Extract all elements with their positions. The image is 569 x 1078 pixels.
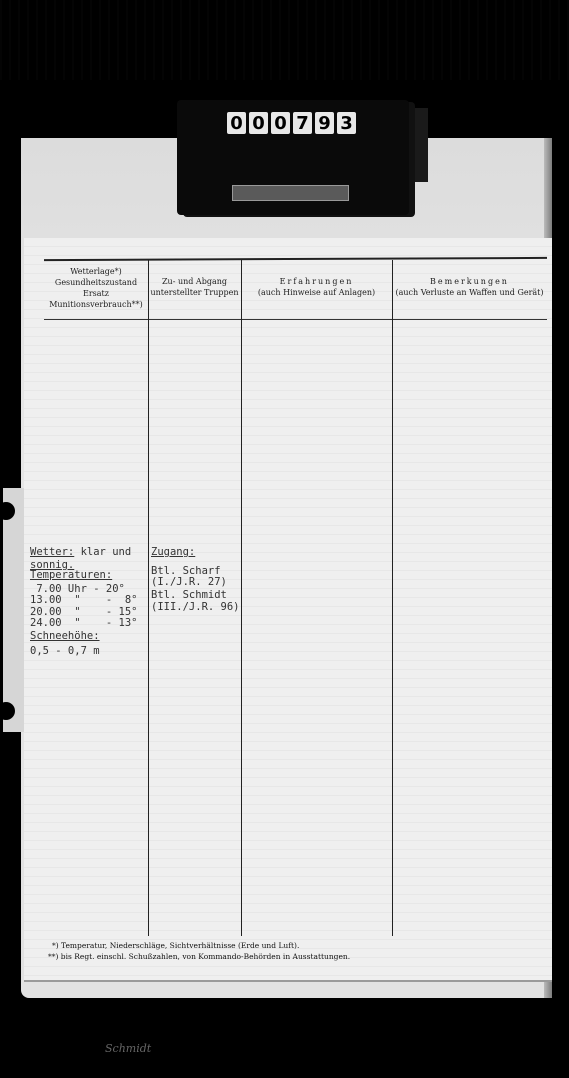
counter-side [410,108,428,182]
snow-depth-value: 0,5 - 0,7 m [30,646,100,657]
temp-row: 20.00 " - 15° [30,607,137,618]
counter-digit: 0 [249,112,268,134]
column-divider [392,260,393,936]
header-line: Erfahrungen [241,276,392,287]
column-divider [241,260,242,936]
header-remarks: Bemerkungen (auch Verluste an Waffen und… [392,276,547,298]
counter-digit: 7 [293,112,312,134]
counter-digit: 0 [227,112,246,134]
temp-row: 24.00 " - 13° [30,618,137,629]
weather-value: klar und [74,546,131,558]
header-troops: Zu- und Abgang unterstellter Truppen [148,276,241,298]
arrivals-label: Zugang: [151,547,195,558]
troop-entry: Btl. Schmidt [151,590,227,601]
punch-hole-icon [0,702,15,720]
temperatures-label: Temperaturen: [30,570,112,581]
troop-entry: Btl. Scharf [151,566,221,577]
counter-digit: 0 [271,112,290,134]
weather-label: Wetter: [30,546,74,558]
temp-time: 13.00 " [30,594,81,606]
header-line: Bemerkungen [392,276,547,287]
troop-entry: (I./J.R. 27) [151,577,227,588]
counter-digit: 9 [315,112,334,134]
header-line: (auch Hinweise auf Anlagen) [241,287,392,298]
temp-row: 7.00 Uhr - 20° [30,584,125,595]
footnote: *) Temperatur, Niederschläge, Sichtverhä… [48,940,350,951]
header-line: Wetterlage*) [44,266,148,277]
frame-counter-device: 0 0 0 7 9 3 [177,100,409,215]
temp-value: - 8° [106,594,138,606]
header-line: Munitionsverbrauch**) [44,299,148,310]
counter-slot [232,185,349,201]
header-bottom-rule [44,319,547,320]
punch-hole-icon [0,502,15,520]
footnotes: *) Temperatur, Niederschläge, Sichtverhä… [48,940,350,962]
header-line: Zu- und Abgang [148,276,241,287]
temp-row: 13.00 " - 8° [30,595,137,606]
header-line: unterstellter Truppen [148,287,241,298]
weather-entry: Wetter: klar und [30,547,131,558]
temp-time: 24.00 " [30,617,81,629]
troop-entry: (III./J.R. 96) [151,602,240,613]
counter-digit: 3 [337,112,356,134]
header-weather: Wetterlage*) Gesundheitszustand Ersatz M… [44,266,148,310]
signature: Schmidt [105,1042,151,1055]
snow-depth-label: Schneehöhe: [30,631,100,642]
frame-counter: 0 0 0 7 9 3 [227,112,356,134]
binder-tab [3,488,26,732]
footnote: **) bis Regt. einschl. Schußzahlen, von … [48,951,350,962]
scan-noise [0,0,569,80]
header-experiences: Erfahrungen (auch Hinweise auf Anlagen) [241,276,392,298]
temp-value: - 13° [106,617,138,629]
header-line: Gesundheitszustand [44,277,148,288]
column-divider [148,260,149,936]
header-line: Ersatz [44,288,148,299]
header-line: (auch Verluste an Waffen und Gerät) [392,287,547,298]
